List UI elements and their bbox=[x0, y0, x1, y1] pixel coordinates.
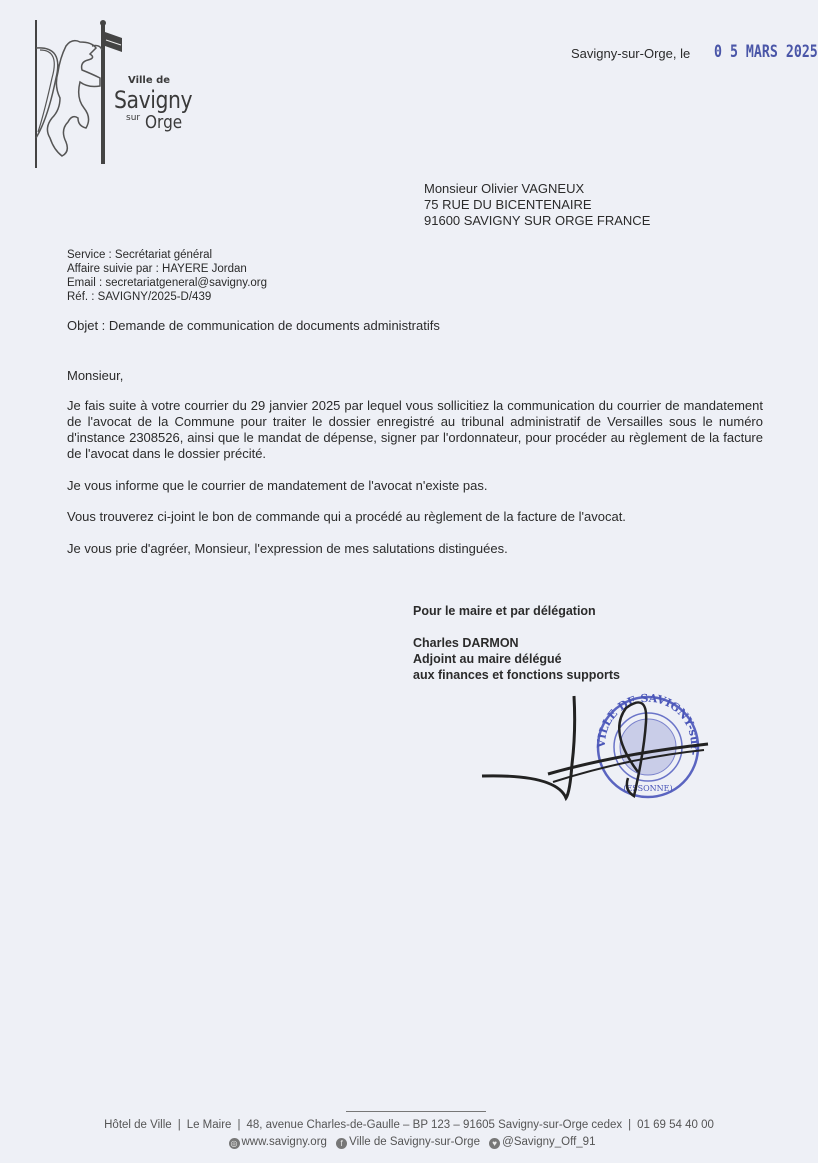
logo-orge: Orge bbox=[145, 114, 182, 132]
meta-service: Service : Secrétariat général bbox=[67, 248, 267, 262]
footer-twitter[interactable]: @Savigny_Off_91 bbox=[502, 1136, 595, 1148]
meta-ref: Réf. : SAVIGNY/2025-D/439 bbox=[67, 290, 267, 304]
footer-divider bbox=[346, 1111, 486, 1112]
recipient-name: Monsieur Olivier VAGNEUX bbox=[424, 181, 650, 197]
footer-address: Hôtel de Ville|Le Maire|48, avenue Charl… bbox=[0, 1119, 818, 1131]
footer-le-maire: Le Maire bbox=[187, 1119, 232, 1131]
recipient-street: 75 RUE DU BICENTENAIRE bbox=[424, 197, 650, 213]
twitter-icon: ♥ bbox=[489, 1138, 500, 1149]
signature-and-seal-icon: VILLE DE SAVIGNY-sur-ORGE (ESSONNE) bbox=[478, 692, 718, 802]
meta-email: Email : secretariatgeneral@savigny.org bbox=[67, 276, 267, 290]
delegation-line: Pour le maire et par délégation bbox=[413, 603, 620, 619]
letter-meta: Service : Secrétariat général Affaire su… bbox=[67, 248, 267, 304]
city-seal-icon: VILLE DE SAVIGNY-sur-ORGE (ESSONNE) bbox=[478, 692, 701, 797]
body-paragraph: Je fais suite à votre courrier du 29 jan… bbox=[67, 398, 763, 462]
body-paragraph: Je vous informe que le courrier de manda… bbox=[67, 478, 763, 494]
recipient-city: 91600 SAVIGNY SUR ORGE FRANCE bbox=[424, 213, 650, 229]
signatory-name: Charles DARMON bbox=[413, 635, 620, 651]
date-stamp: 0 5 MARS 2025 bbox=[714, 42, 818, 62]
footer-postal-address: 48, avenue Charles-de-Gaulle – BP 123 – … bbox=[246, 1119, 622, 1131]
signatory-block: Pour le maire et par délégation Charles … bbox=[413, 603, 620, 683]
meta-affaire: Affaire suivie par : HAYERE Jordan bbox=[67, 262, 267, 276]
salutation: Monsieur, bbox=[67, 368, 123, 383]
globe-icon: ◎ bbox=[229, 1138, 240, 1149]
place-date-prefix: Savigny-sur-Orge, le bbox=[571, 46, 690, 61]
footer-facebook[interactable]: Ville de Savigny-sur-Orge bbox=[349, 1136, 480, 1148]
closing-paragraph: Je vous prie d'agréer, Monsieur, l'expre… bbox=[67, 541, 763, 557]
footer-website[interactable]: www.savigny.org bbox=[242, 1136, 327, 1148]
logo-sur: sur bbox=[126, 113, 140, 123]
signatory-title: Adjoint au maire délégué bbox=[413, 651, 620, 667]
logo-wordmark: Ville de Savigny sur Orge bbox=[114, 76, 206, 132]
svg-text:(ESSONNE): (ESSONNE) bbox=[623, 784, 672, 793]
letter-subject: Objet : Demande de communication de docu… bbox=[67, 318, 440, 333]
facebook-icon: f bbox=[336, 1138, 347, 1149]
recipient-address: Monsieur Olivier VAGNEUX 75 RUE DU BICEN… bbox=[424, 181, 650, 229]
signatory-title-2: aux finances et fonctions supports bbox=[413, 667, 620, 683]
body-paragraph: Vous trouverez ci-joint le bon de comman… bbox=[67, 509, 763, 525]
footer-social: ◎www.savigny.org fVille de Savigny-sur-O… bbox=[0, 1136, 818, 1149]
logo-ville-de: Ville de bbox=[128, 76, 206, 86]
footer-hotel-de-ville: Hôtel de Ville bbox=[104, 1119, 172, 1131]
footer-phone: 01 69 54 40 00 bbox=[637, 1119, 714, 1131]
logo-savigny: Savigny bbox=[114, 88, 192, 112]
